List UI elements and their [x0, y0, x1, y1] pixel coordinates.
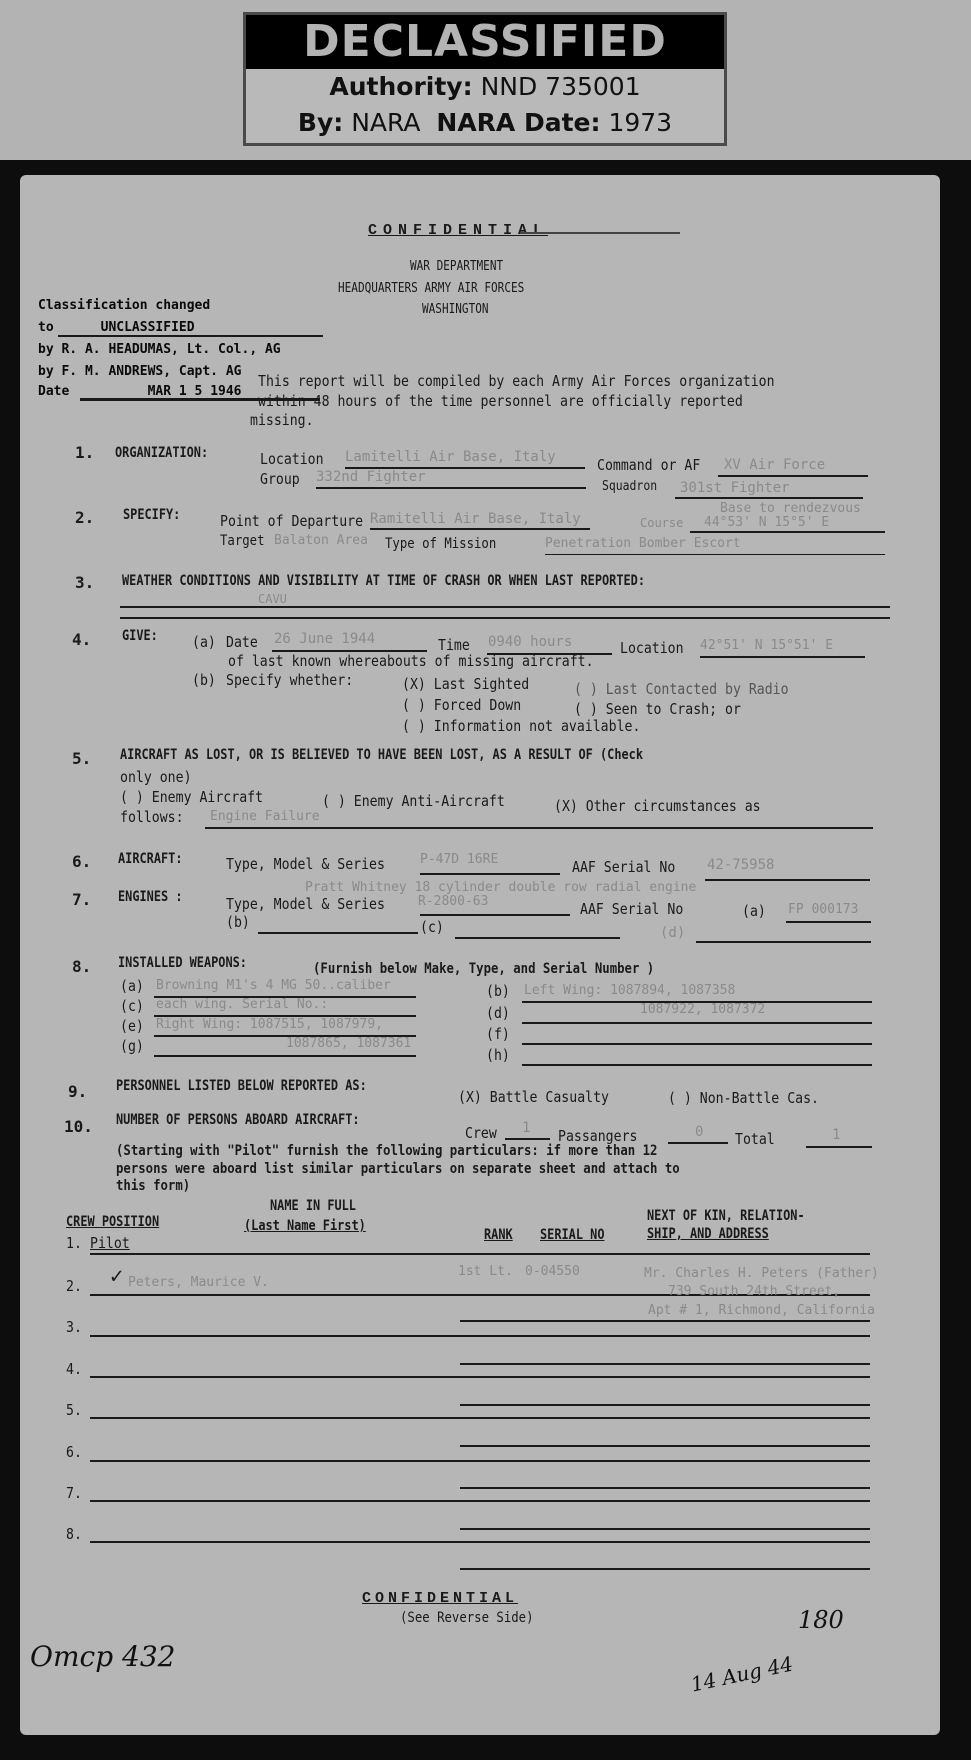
engine-type-label: Type, Model & Series [226, 895, 385, 913]
target-label: Target [220, 533, 265, 549]
weather-label: WEATHER CONDITIONS AND VISIBILITY AT TIM… [122, 573, 645, 589]
kin-header: SHIP, AND ADDRESS [647, 1226, 769, 1242]
row-underline [90, 1253, 870, 1255]
specify-label: SPECIFY: [123, 507, 180, 523]
course-value: 44°53' N 15°5' E [704, 515, 829, 530]
passengers-value: 0 [695, 1124, 703, 1140]
organization-label: ORGANIZATION: [115, 445, 208, 461]
row-underline [460, 1487, 870, 1489]
sub-c: (c) [420, 918, 444, 936]
weather-value: CAVU [258, 592, 287, 606]
option-battle-casualty[interactable]: (X) Battle Casualty [458, 1088, 609, 1106]
field-underline [420, 873, 560, 875]
name-header-top: NAME IN FULL [270, 1198, 356, 1214]
departure-value: Ramitelli Air Base, Italy [370, 511, 581, 527]
squadron-value: 301st Fighter [680, 480, 790, 496]
serial-header: SERIAL NO [540, 1227, 604, 1243]
sub-c: (c) [120, 997, 144, 1015]
row-underline [460, 1528, 870, 1530]
option-non-battle[interactable]: ( ) Non-Battle Cas. [668, 1089, 819, 1107]
target-value: Balaton Area [274, 533, 368, 548]
reclass-line-2: to UNCLASSIFIED [38, 320, 195, 335]
field-underline [545, 554, 885, 555]
item-number: 6. [72, 852, 91, 871]
intro-line-1: This report will be compiled by each Arm… [258, 372, 775, 390]
field-underline [705, 879, 870, 881]
specify-label: Specify whether: [226, 671, 353, 689]
weapon-c-value: each wing. Serial No.: [156, 997, 328, 1012]
field-underline [668, 1142, 728, 1144]
location-value: 42°51' N 15°51' E [700, 638, 833, 653]
option-enemy-aircraft[interactable]: ( ) Enemy Aircraft [120, 788, 263, 806]
option-info-not-available[interactable]: ( ) Information not available. [402, 717, 640, 735]
follows-value: Engine Failure [210, 809, 320, 824]
crew-position-value: Pilot [90, 1234, 130, 1252]
hq-heading: HEADQUARTERS ARMY AIR FORCES [338, 281, 524, 296]
city-heading: WASHINGTON [422, 302, 489, 317]
weapon-a-value: Browning M1's 4 MG 50..caliber [156, 978, 391, 993]
kin-line-3: Apt # 1, Richmond, California [648, 1303, 875, 1318]
reclass-line-4: by F. M. ANDREWS, Capt. AG [38, 364, 242, 379]
field-underline [420, 914, 570, 916]
field-underline [258, 932, 418, 934]
intro-line-3: missing. [250, 411, 314, 429]
field-underline [718, 475, 868, 477]
strikethrough-line [520, 232, 680, 234]
row-underline [90, 1376, 870, 1378]
row-underline [460, 1445, 870, 1447]
weapon-g-value: 1087865, 1087361 [286, 1036, 411, 1051]
location-label: Location [260, 450, 324, 468]
handwritten-note-left: Omcp 432 [30, 1640, 175, 1673]
reclass-line-5: Date MAR 1 5 1946 [38, 384, 242, 399]
total-value: 1 [832, 1127, 840, 1143]
checkmark-icon: ✓ [110, 1264, 123, 1290]
crew-position-header: CREW POSITION [66, 1214, 159, 1230]
field-underline [205, 827, 873, 829]
aircraft-serial-value: 42-75958 [707, 857, 774, 873]
option-enemy-anti-aircraft[interactable]: ( ) Enemy Anti-Aircraft [322, 792, 505, 810]
weapons-label: INSTALLED WEAPONS: [118, 955, 247, 971]
sub-d: (d) [486, 1004, 510, 1022]
aircraft-type-value: P-47D 16RE [420, 852, 498, 867]
row-underline [460, 1404, 870, 1406]
row-underline [90, 1460, 870, 1462]
field-underline [120, 617, 890, 619]
date-label: Date [226, 633, 258, 651]
command-value: XV Air Force [724, 457, 825, 473]
item-number: 8. [72, 957, 91, 976]
total-label: Total [735, 1130, 775, 1148]
classification-header: CONFIDENTIAL [368, 222, 548, 239]
row-underline [90, 1335, 870, 1337]
page-number: 180 [798, 1606, 844, 1634]
rank-header: RANK [484, 1227, 513, 1243]
aircraft-label: AIRCRAFT: [118, 851, 182, 867]
aircraft-serial-label: AAF Serial No [572, 858, 675, 876]
field-underline [316, 487, 586, 489]
group-label: Group [260, 470, 300, 488]
field-underline [696, 941, 871, 943]
sub-g: (g) [120, 1037, 144, 1055]
name-header: (Last Name First) [244, 1218, 366, 1234]
field-underline [455, 937, 620, 939]
item-number: 3. [75, 573, 94, 592]
sub-b: (b) [226, 913, 250, 931]
kin-header-top: NEXT OF KIN, RELATION- [647, 1208, 805, 1224]
row-underline [90, 1541, 870, 1543]
follows-label: follows: [120, 808, 184, 826]
persons-instruction-3: this form) [116, 1178, 190, 1194]
time-value: 0940 hours [488, 634, 572, 650]
crew-serial-value: 0-04550 [525, 1264, 580, 1279]
engine-note: Pratt Whitney 18 cylinder double row rad… [305, 880, 696, 895]
option-forced-down[interactable]: ( ) Forced Down [402, 696, 521, 714]
classification-footer: CONFIDENTIAL [362, 1590, 518, 1607]
crew-row-num: 7. [66, 1484, 82, 1502]
personnel-label: PERSONNEL LISTED BELOW REPORTED AS: [116, 1078, 367, 1094]
sub-b: (b) [486, 982, 510, 1000]
field-underline [806, 1146, 872, 1148]
intro-line-2: within 48 hours of the time personnel ar… [258, 392, 743, 410]
crew-row-num: 8. [66, 1525, 82, 1543]
engines-label: ENGINES : [118, 889, 182, 905]
aircraft-type-label: Type, Model & Series [226, 855, 385, 873]
reclass-underline [58, 335, 323, 337]
option-last-contacted[interactable]: ( ) Last Contacted by Radio [574, 680, 789, 698]
departure-label: Point of Departure [220, 512, 363, 530]
weapon-e-value: Right Wing: 1087515, 1087979, [156, 1017, 383, 1032]
persons-aboard-label: NUMBER OF PERSONS ABOARD AIRCRAFT: [116, 1112, 360, 1128]
location-value: Lamitelli Air Base, Italy [345, 449, 556, 465]
give-label: GIVE: [122, 628, 158, 644]
field-underline [700, 656, 865, 658]
sub-d: (d) [660, 925, 685, 941]
stamp-by: By: NARA NARA Date: 1973 [246, 105, 724, 141]
field-underline [786, 921, 871, 923]
reclass-line-1: Classification changed [38, 298, 210, 313]
sub-f: (f) [486, 1025, 510, 1043]
crew-row-num: 5. [66, 1401, 82, 1419]
stamp-authority: Authority: NND 735001 [246, 69, 724, 105]
sub-a: (a) [742, 902, 766, 920]
item-number: 7. [72, 890, 91, 909]
reclass-line-3: by R. A. HEADUMAS, Lt. Col., AG [38, 342, 281, 357]
declassified-stamp: DECLASSIFIED Authority: NND 735001 By: N… [243, 12, 727, 146]
field-underline [505, 1138, 550, 1140]
field-underline [120, 606, 890, 608]
row-underline [460, 1363, 870, 1365]
lost-reason-label: AIRCRAFT AS LOST, OR IS BELIEVED TO HAVE… [120, 747, 643, 763]
field-underline [370, 528, 590, 530]
engine-serial-label: AAF Serial No [580, 900, 683, 918]
field-underline [154, 1055, 416, 1057]
sub-a: (a) [192, 633, 216, 651]
kin-line-1: Mr. Charles H. Peters (Father) [644, 1266, 879, 1281]
sub-e: (e) [120, 1017, 144, 1035]
engine-serial-value: FP 000173 [788, 902, 858, 917]
group-value: 332nd Fighter [316, 469, 426, 485]
sub-h: (h) [486, 1046, 510, 1064]
crew-row-num: 1. [66, 1234, 82, 1252]
crew-label: Crew [465, 1124, 497, 1142]
dept-heading: WAR DEPARTMENT [410, 259, 503, 274]
row-underline [90, 1500, 870, 1502]
kin-line-2: 739 South 24th Street, [668, 1284, 840, 1299]
item-number: 9. [68, 1082, 87, 1101]
item-number: 5. [72, 749, 91, 768]
item-number: 2. [75, 508, 94, 527]
course-label: Course [640, 516, 683, 530]
crew-name-value: Peters, Maurice V. [128, 1275, 269, 1290]
sub-a: (a) [120, 977, 144, 995]
crew-value: 1 [522, 1120, 530, 1136]
weapon-d-value: 1087922, 1087372 [640, 1002, 765, 1017]
row-underline [460, 1320, 870, 1322]
course-value-top: Base to rendezvous [720, 501, 861, 516]
location-label: Location [620, 639, 684, 657]
option-last-sighted[interactable]: (X) Last Sighted [402, 675, 529, 693]
item-number: 10. [64, 1117, 93, 1136]
mission-type-value: Penetration Bomber Escort [545, 536, 741, 551]
option-seen-to-crash[interactable]: ( ) Seen to Crash; or [574, 700, 741, 718]
field-underline [522, 1022, 872, 1024]
field-underline [690, 531, 885, 533]
item-number: 1. [75, 443, 94, 462]
weapon-b-value: Left Wing: 1087894, 1087358 [524, 983, 735, 998]
weapons-instruction: (Furnish below Make, Type, and Serial Nu… [313, 961, 654, 977]
crew-rank-value: 1st Lt. [458, 1264, 513, 1279]
field-underline [522, 1043, 872, 1045]
date-value: 26 June 1944 [274, 631, 375, 647]
crew-row-num: 2. [66, 1277, 82, 1295]
sub-b: (b) [192, 671, 216, 689]
field-underline [675, 497, 863, 499]
option-other-circumstances[interactable]: (X) Other circumstances as [554, 797, 761, 815]
crew-row-num: 3. [66, 1318, 82, 1336]
item-number: 4. [72, 630, 91, 649]
lost-reason-label-2: only one) [120, 768, 192, 786]
whereabouts-text: of last known whereabouts of missing air… [228, 652, 594, 670]
crew-row-num: 6. [66, 1443, 82, 1461]
crew-row-num: 4. [66, 1360, 82, 1378]
engine-type-value: R-2800-63 [418, 894, 488, 909]
mission-type-label: Type of Mission [385, 536, 496, 552]
row-underline [460, 1568, 870, 1570]
squadron-label: Squadron [602, 479, 657, 494]
stamp-title: DECLASSIFIED [246, 15, 724, 69]
command-label: Command or AF [597, 456, 700, 474]
persons-instruction-1: (Starting with "Pilot" furnish the follo… [116, 1143, 657, 1159]
see-reverse-text: (See Reverse Side) [400, 1610, 534, 1626]
row-underline [90, 1417, 870, 1419]
persons-instruction-2: persons were aboard list similar particu… [116, 1161, 680, 1177]
field-underline [522, 1064, 872, 1066]
